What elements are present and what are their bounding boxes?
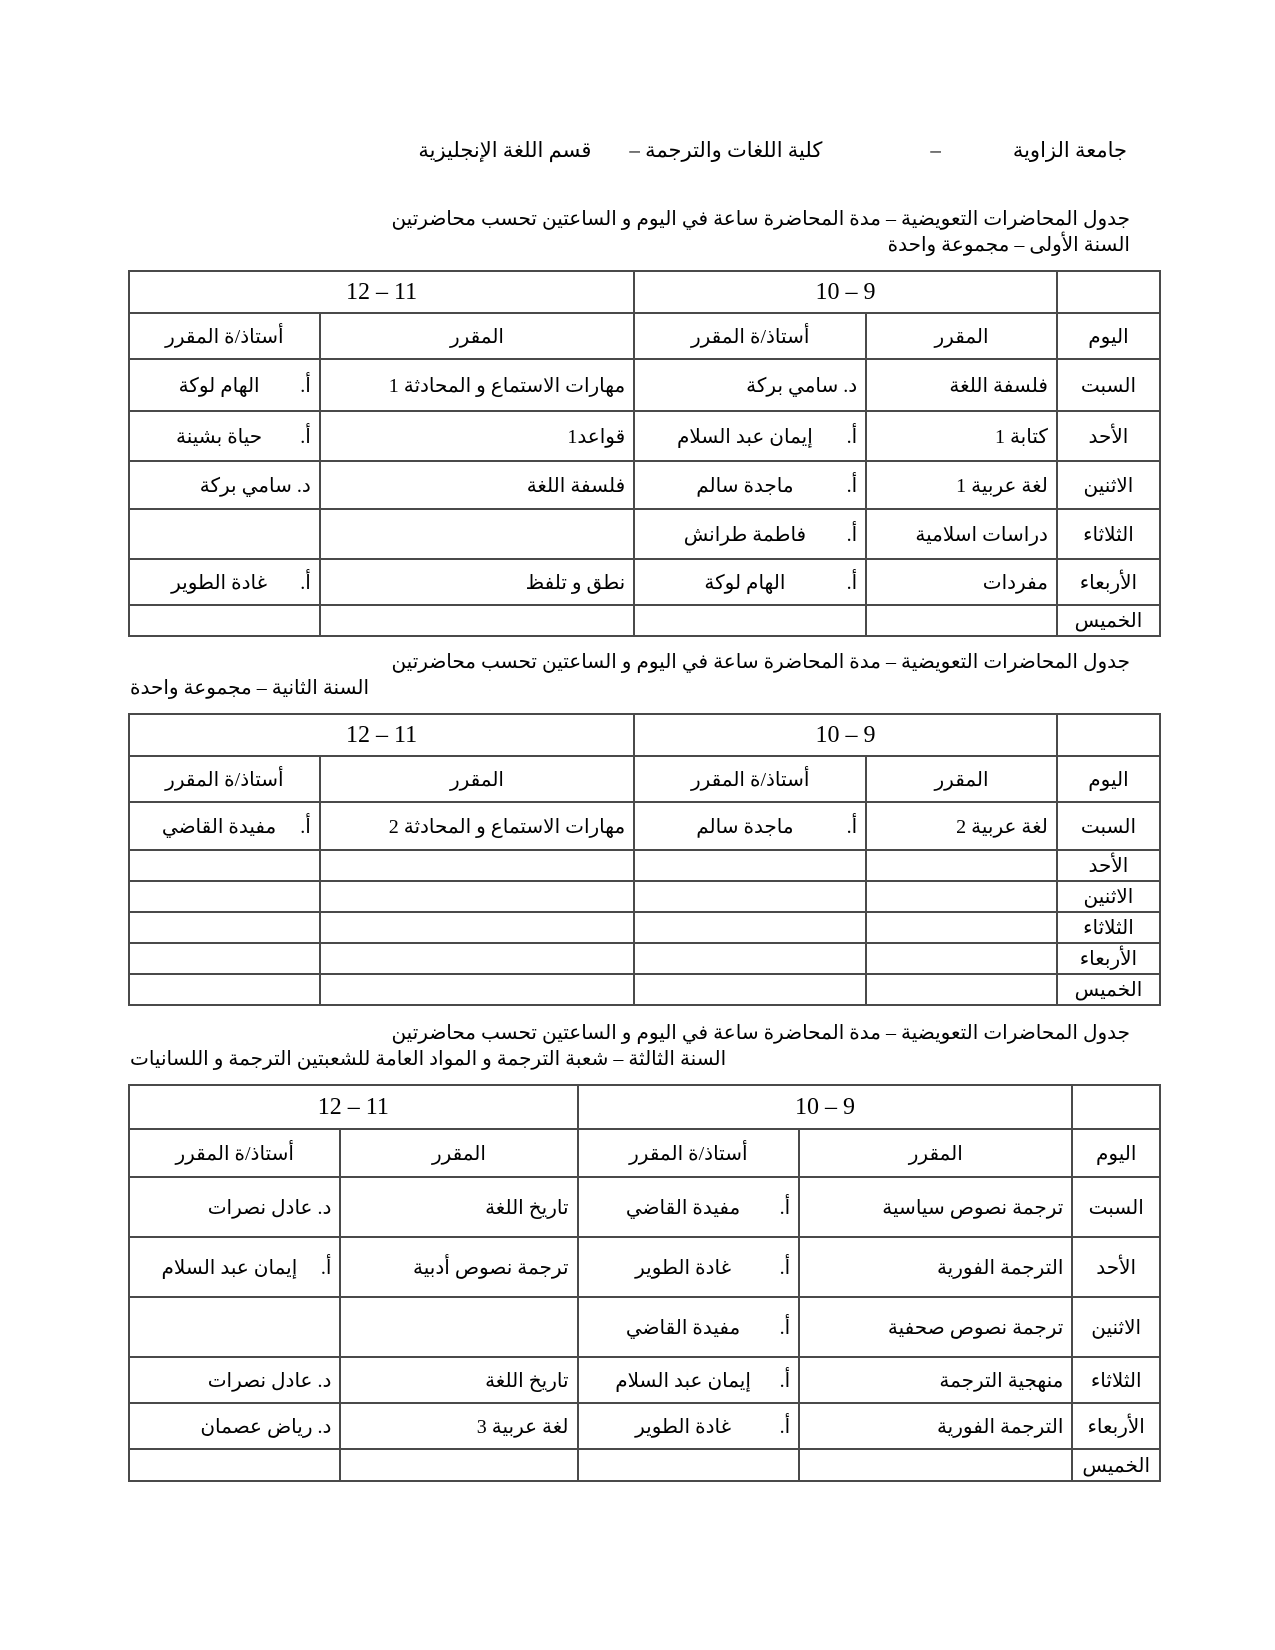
instructor-entry: أ.ماجدة سالم [643,814,857,839]
instructor-name: مفيدة القاضي [138,814,300,839]
day-cell: السبت [1057,802,1160,850]
course-cell-11-12 [320,509,634,559]
instructor-cell-11-12 [129,509,320,559]
year3-heading-line1: جدول المحاضرات التعويضية – مدة المحاضرة … [130,1020,1130,1046]
instructor-column-header-11-12: أستاذ/ة المقرر [129,756,320,802]
instructor-cell-9-10: أ.فاطمة طرانش [634,509,866,559]
instructor-cell-11-12: أ.الهام لوكة [129,359,320,411]
course-cell-9-10: كتابة 1 [866,411,1057,461]
instructor-title: أ. [847,814,858,839]
course-cell-9-10: الترجمة الفورية [799,1237,1072,1297]
instructor-entry: أ.ماجدة سالم [643,473,857,498]
time-header-row: 10 – 912 – 11 [129,271,1160,313]
course-cell-9-10: ترجمة نصوص صحفية [799,1297,1072,1357]
corner-cell [1072,1085,1160,1129]
course-cell-9-10 [866,974,1057,1005]
table-row: الأربعاءمفرداتأ.الهام لوكةنطق و تلفظأ.غا… [129,559,1160,605]
course-column-header-9-10: المقرر [866,756,1057,802]
instructor-title: أ. [300,373,311,398]
time-header-9-10: 10 – 9 [578,1085,1073,1129]
instructor-name: الهام لوكة [138,373,300,398]
course-cell-9-10 [866,912,1057,943]
instructor-cell-9-10: أ.الهام لوكة [634,559,866,605]
instructor-entry: أ.غادة الطوير [587,1414,791,1439]
instructor-cell-9-10 [634,974,866,1005]
instructor-title: أ. [847,424,858,449]
instructor-cell-9-10: أ.ماجدة سالم [634,461,866,509]
column-header-row: اليومالمقررأستاذ/ة المقررالمقررأستاذ/ة ا… [129,1129,1160,1177]
instructor-cell-9-10: أ.غادة الطوير [578,1403,800,1449]
instructor-column-header-9-10: أستاذ/ة المقرر [634,313,866,359]
course-cell-9-10 [866,943,1057,974]
instructor-cell-9-10 [634,850,866,881]
table-row: السبتترجمة نصوص سياسيةأ.مفيدة القاضيتاري… [129,1177,1160,1237]
instructor-cell-11-12 [129,850,320,881]
year2-heading-line2: السنة الثانية – مجموعة واحدة [130,675,1130,701]
year3-heading: جدول المحاضرات التعويضية – مدة المحاضرة … [130,1020,1130,1072]
day-cell: الأحد [1057,411,1160,461]
day-cell: الثلاثاء [1057,509,1160,559]
table-row: السبتلغة عربية 2أ.ماجدة سالممهارات الاست… [129,802,1160,850]
instructor-cell-11-12 [129,943,320,974]
day-cell: الأحد [1072,1237,1160,1297]
instructor-cell-9-10 [634,943,866,974]
course-cell-11-12: ترجمة نصوص أدبية [340,1237,577,1297]
instructor-name: إيمان عبد السلام [138,1255,321,1280]
table-row: الأربعاء [129,943,1160,974]
year2-heading: جدول المحاضرات التعويضية – مدة المحاضرة … [130,649,1130,701]
instructor-title: أ. [780,1255,791,1280]
course-cell-11-12 [320,881,634,912]
instructor-name: غادة الطوير [138,570,300,595]
department-name: قسم اللغة الإنجليزية [418,138,591,162]
course-cell-11-12: مهارات الاستماع و المحادثة 1 [320,359,634,411]
instructor-name: غادة الطوير [587,1414,780,1439]
course-column-header-11-12: المقرر [320,313,634,359]
instructor-title: أ. [847,473,858,498]
day-cell: الثلاثاء [1057,912,1160,943]
day-cell: الأربعاء [1057,943,1160,974]
time-header-11-12: 12 – 11 [129,271,634,313]
table-row: الثلاثاءمنهجية الترجمةأ.إيمان عبد السلام… [129,1357,1160,1403]
day-cell: الأربعاء [1072,1403,1160,1449]
instructor-cell-9-10: أ.إيمان عبد السلام [634,411,866,461]
instructor-entry: أ.غادة الطوير [587,1255,791,1280]
year2-heading-line1: جدول المحاضرات التعويضية – مدة المحاضرة … [130,649,1130,675]
instructor-cell-11-12 [129,1297,340,1357]
instructor-cell-11-12 [129,912,320,943]
course-cell-9-10: مفردات [866,559,1057,605]
course-cell-11-12: تاريخ اللغة [340,1177,577,1237]
course-cell-11-12 [320,912,634,943]
year1-heading-line1: جدول المحاضرات التعويضية – مدة المحاضرة … [130,206,1130,232]
column-header-row: اليومالمقررأستاذ/ة المقررالمقررأستاذ/ة ا… [129,756,1160,802]
course-cell-11-12 [320,605,634,636]
time-header-row: 10 – 912 – 11 [129,1085,1160,1129]
instructor-entry: أ.فاطمة طرانش [643,522,857,547]
course-cell-11-12: لغة عربية 3 [340,1403,577,1449]
instructor-name: فاطمة طرانش [643,522,846,547]
course-column-header-11-12: المقرر [320,756,634,802]
instructor-name: غادة الطوير [587,1255,780,1280]
day-column-header: اليوم [1072,1129,1160,1177]
instructor-title: أ. [780,1195,791,1220]
instructor-name: الهام لوكة [643,570,846,595]
instructor-cell-11-12: أ.مفيدة القاضي [129,802,320,850]
instructor-entry: أ.إيمان عبد السلام [587,1368,791,1393]
instructor-cell-11-12 [129,1449,340,1481]
course-cell-9-10 [799,1449,1072,1481]
year1-heading-line2: السنة الأولى – مجموعة واحدة [130,232,1130,258]
faculty-name: كلية اللغات والترجمة – [629,138,822,162]
table-row: الأحد [129,850,1160,881]
table-row: الثلاثاءدراسات اسلاميةأ.فاطمة طرانش [129,509,1160,559]
instructor-cell-11-12: د. عادل نصرات [129,1357,340,1403]
table-row: الاثنين [129,881,1160,912]
course-cell-11-12 [340,1297,577,1357]
instructor-cell-9-10 [578,1449,800,1481]
time-header-9-10: 10 – 9 [634,271,1057,313]
course-cell-9-10 [866,605,1057,636]
course-cell-9-10: لغة عربية 1 [866,461,1057,509]
schedule-table-year2: 10 – 912 – 11اليومالمقررأستاذ/ة المقررال… [128,713,1161,1006]
instructor-cell-11-12: د. عادل نصرات [129,1177,340,1237]
instructor-title: أ. [847,522,858,547]
table-row: الاثنينلغة عربية 1أ.ماجدة سالمفلسفة اللغ… [129,461,1160,509]
table-row: الخميس [129,974,1160,1005]
instructor-title: أ. [300,424,311,449]
instructor-entry: أ.مفيدة القاضي [587,1315,791,1340]
instructor-entry: أ.حياة بشينة [138,424,311,449]
instructor-cell-11-12 [129,974,320,1005]
instructor-cell-9-10: أ.غادة الطوير [578,1237,800,1297]
instructor-cell-9-10: أ.مفيدة القاضي [578,1297,800,1357]
course-column-header-9-10: المقرر [866,313,1057,359]
course-cell-11-12 [340,1449,577,1481]
instructor-column-header-9-10: أستاذ/ة المقرر [634,756,866,802]
course-cell-9-10: منهجية الترجمة [799,1357,1072,1403]
university-name: جامعة الزاوية [1013,138,1127,162]
course-cell-9-10: فلسفة اللغة [866,359,1057,411]
course-cell-9-10: لغة عربية 2 [866,802,1057,850]
day-cell: الاثنين [1057,461,1160,509]
instructor-cell-9-10 [634,912,866,943]
instructor-cell-11-12 [129,605,320,636]
day-cell: الثلاثاء [1072,1357,1160,1403]
schedule-table-year1: 10 – 912 – 11اليومالمقررأستاذ/ة المقررال… [128,270,1161,637]
instructor-cell-11-12: د. سامي بركة [129,461,320,509]
document-page: جامعة الزاوية–كلية اللغات والترجمة –قسم … [0,0,1275,1650]
table-row: الاثنينترجمة نصوص صحفيةأ.مفيدة القاضي [129,1297,1160,1357]
table-row: الخميس [129,1449,1160,1481]
year3-heading-line2: السنة الثالثة – شعبة الترجمة و المواد ال… [130,1046,1130,1072]
instructor-cell-9-10: أ.إيمان عبد السلام [578,1357,800,1403]
instructor-title: أ. [780,1414,791,1439]
instructor-title: أ. [780,1315,791,1340]
year1-heading: جدول المحاضرات التعويضية – مدة المحاضرة … [130,206,1130,258]
instructor-entry: أ.مفيدة القاضي [138,814,311,839]
course-cell-11-12 [320,943,634,974]
course-cell-9-10: ترجمة نصوص سياسية [799,1177,1072,1237]
instructor-name: مفيدة القاضي [587,1315,780,1340]
course-cell-9-10 [866,850,1057,881]
course-cell-11-12: مهارات الاستماع و المحادثة 2 [320,802,634,850]
day-cell: الاثنين [1072,1297,1160,1357]
course-cell-11-12 [320,850,634,881]
course-cell-9-10: الترجمة الفورية [799,1403,1072,1449]
instructor-name: إيمان عبد السلام [643,424,846,449]
table-row: الثلاثاء [129,912,1160,943]
corner-cell [1057,714,1160,756]
document-header: جامعة الزاوية–كلية اللغات والترجمة –قسم … [130,136,1127,164]
course-cell-11-12: نطق و تلفظ [320,559,634,605]
course-cell-9-10 [866,881,1057,912]
instructor-entry: أ.إيمان عبد السلام [138,1255,331,1280]
instructor-name: ماجدة سالم [643,473,846,498]
column-header-row: اليومالمقررأستاذ/ة المقررالمقررأستاذ/ة ا… [129,313,1160,359]
course-cell-11-12: تاريخ اللغة [340,1357,577,1403]
day-column-header: اليوم [1057,756,1160,802]
instructor-entry: أ.غادة الطوير [138,570,311,595]
instructor-cell-9-10 [634,881,866,912]
instructor-cell-9-10: أ.ماجدة سالم [634,802,866,850]
course-cell-9-10: دراسات اسلامية [866,509,1057,559]
time-header-11-12: 12 – 11 [129,714,634,756]
time-header-9-10: 10 – 9 [634,714,1057,756]
course-column-header-11-12: المقرر [340,1129,577,1177]
table-row: الخميس [129,605,1160,636]
instructor-title: أ. [321,1255,332,1280]
instructor-cell-9-10 [634,605,866,636]
table-row: الأربعاءالترجمة الفوريةأ.غادة الطويرلغة … [129,1403,1160,1449]
table-row: الأحدكتابة 1أ.إيمان عبد السلامقواعد1أ.حي… [129,411,1160,461]
instructor-entry: أ.مفيدة القاضي [587,1195,791,1220]
separator-dash: – [930,138,941,162]
instructor-title: أ. [847,570,858,595]
instructor-entry: أ.إيمان عبد السلام [643,424,857,449]
instructor-name: حياة بشينة [138,424,300,449]
day-cell: السبت [1072,1177,1160,1237]
instructor-column-header-11-12: أستاذ/ة المقرر [129,1129,340,1177]
instructor-title: أ. [780,1368,791,1393]
corner-cell [1057,271,1160,313]
table-row: الأحدالترجمة الفوريةأ.غادة الطويرترجمة ن… [129,1237,1160,1297]
day-cell: الأحد [1057,850,1160,881]
instructor-cell-9-10: د. سامي بركة [634,359,866,411]
course-cell-11-12: قواعد1 [320,411,634,461]
instructor-name: مفيدة القاضي [587,1195,780,1220]
instructor-entry: أ.الهام لوكة [643,570,857,595]
time-header-11-12: 12 – 11 [129,1085,578,1129]
instructor-column-header-11-12: أستاذ/ة المقرر [129,313,320,359]
schedule-table-year3: 10 – 912 – 11اليومالمقررأستاذ/ة المقررال… [128,1084,1161,1482]
day-cell: الخميس [1057,974,1160,1005]
course-cell-11-12: فلسفة اللغة [320,461,634,509]
instructor-name: إيمان عبد السلام [587,1368,780,1393]
instructor-title: أ. [300,570,311,595]
course-column-header-9-10: المقرر [799,1129,1072,1177]
table-row: السبتفلسفة اللغةد. سامي بركةمهارات الاست… [129,359,1160,411]
instructor-cell-9-10: أ.مفيدة القاضي [578,1177,800,1237]
day-cell: السبت [1057,359,1160,411]
day-cell: الاثنين [1057,881,1160,912]
day-cell: الخميس [1057,605,1160,636]
instructor-entry: أ.الهام لوكة [138,373,311,398]
instructor-name: ماجدة سالم [643,814,846,839]
time-header-row: 10 – 912 – 11 [129,714,1160,756]
instructor-cell-11-12: أ.غادة الطوير [129,559,320,605]
instructor-title: أ. [300,814,311,839]
instructor-cell-11-12: د. رياض عصمان [129,1403,340,1449]
day-cell: الأربعاء [1057,559,1160,605]
course-cell-11-12 [320,974,634,1005]
day-cell: الخميس [1072,1449,1160,1481]
day-column-header: اليوم [1057,313,1160,359]
instructor-column-header-9-10: أستاذ/ة المقرر [578,1129,800,1177]
instructor-cell-11-12 [129,881,320,912]
instructor-cell-11-12: أ.حياة بشينة [129,411,320,461]
instructor-cell-11-12: أ.إيمان عبد السلام [129,1237,340,1297]
